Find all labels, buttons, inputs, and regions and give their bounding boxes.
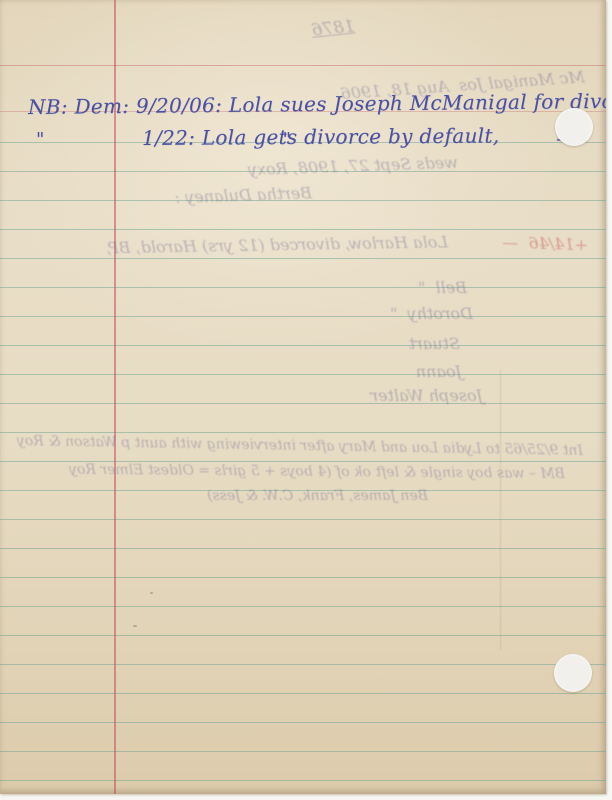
notebook-page: 1876 Mc Manigal Jos Aug 18, 1906 weds Se… [0,0,606,794]
pencil-speck [150,592,153,594]
paper-crease [500,370,501,650]
bleedthrough-list-item: Dorothy " [368,304,473,323]
margin-line [114,0,116,794]
bleedthrough-page-number: 1876 [284,16,356,43]
header-rule-line-1 [0,65,606,66]
bleedthrough-list-item: Joseph Walter [348,386,483,405]
handwritten-line-2: 1/22: Lola gets divorce by default, [142,124,500,150]
bleedthrough-list-item: Joann [392,362,462,381]
bleedthrough-list-item: Bell " [392,278,467,297]
pencil-speck [133,625,137,627]
bleedthrough-list-item: Stuart [385,334,460,353]
bleedthrough-text: Ben James, Frank, C.W. & Jess) [213,488,428,504]
hole-punch-top [555,108,593,146]
scan-background: 1876 Mc Manigal Jos Aug 18, 1906 weds Se… [0,0,612,800]
hole-punch-bottom [554,654,592,692]
